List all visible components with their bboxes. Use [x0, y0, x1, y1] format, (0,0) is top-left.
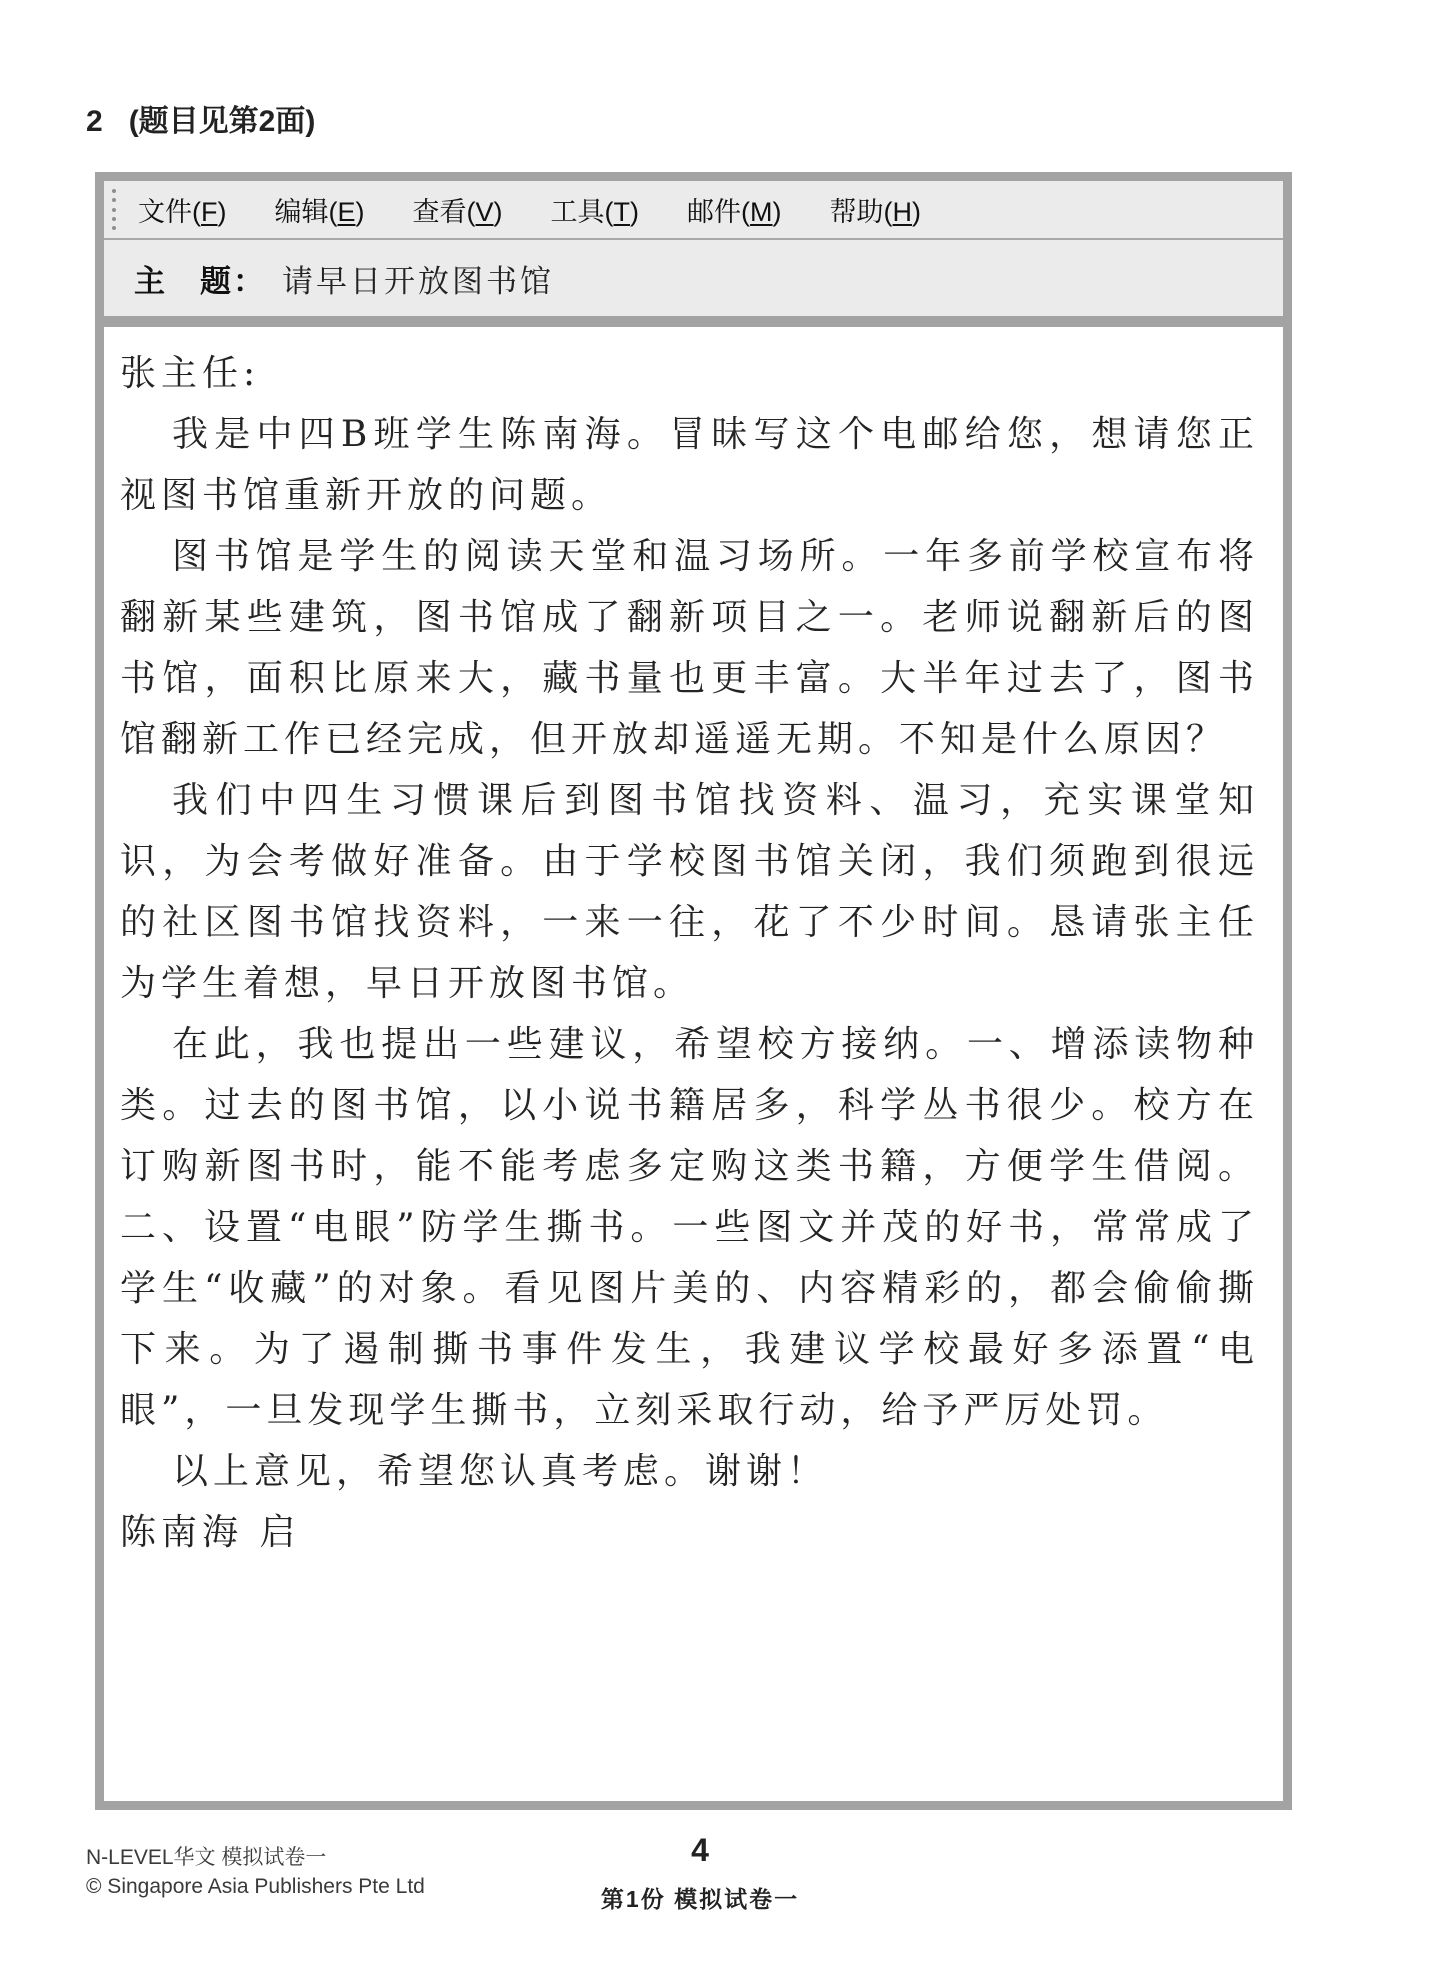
question-number: 2	[86, 105, 103, 139]
menu-item-edit[interactable]: 编辑(E)	[275, 190, 365, 229]
page-number: 4	[601, 1832, 799, 1869]
page-header: 2 (题目见第2面)	[86, 96, 315, 140]
menu-bar: 文件(F)编辑(E)查看(V)工具(T)邮件(M)帮助(H)	[104, 181, 1283, 240]
letter-salutation: 张主任:	[120, 343, 1259, 404]
subject-label: 主 题：	[134, 256, 266, 301]
subject-bar: 主 题： 请早日开放图书馆	[104, 240, 1283, 327]
footer-section: 第1份 模拟试卷一	[601, 1881, 799, 1914]
footer-series: N-LEVEL华文 模拟试卷一	[86, 1843, 425, 1872]
menu-item-view[interactable]: 查看(V)	[413, 190, 503, 229]
exam-page: 2 (题目见第2面) 文件(F)编辑(E)查看(V)工具(T)邮件(M)帮助(H…	[0, 0, 1445, 1968]
letter-paragraph: 我们中四生习惯课后到图书馆找资料、温习，充实课堂知识，为会考做好准备。由于学校图…	[120, 770, 1259, 1014]
menu-item-help[interactable]: 帮助(H)	[830, 190, 922, 229]
footer-copyright: © Singapore Asia Publishers Pte Ltd	[86, 1872, 425, 1901]
footer-publisher: N-LEVEL华文 模拟试卷一 © Singapore Asia Publish…	[86, 1843, 425, 1901]
menu-item-mail[interactable]: 邮件(M)	[687, 190, 782, 229]
email-window: 文件(F)编辑(E)查看(V)工具(T)邮件(M)帮助(H) 主 题： 请早日开…	[95, 172, 1292, 1810]
question-note: (题目见第2面)	[129, 96, 316, 140]
letter-signature: 陈南海 启	[120, 1502, 1259, 1563]
footer-center: 4 第1份 模拟试卷一	[601, 1832, 799, 1914]
menu-drag-handle[interactable]	[111, 189, 117, 230]
letter-paragraph: 图书馆是学生的阅读天堂和温习场所。一年多前学校宣布将翻新某些建筑，图书馆成了翻新…	[120, 526, 1259, 770]
letter-paragraph: 以上意见，希望您认真考虑。谢谢！	[120, 1441, 1259, 1502]
menu-item-tools[interactable]: 工具(T)	[551, 190, 640, 229]
letter-body: 张主任: 我是中四B班学生陈南海。冒昧写这个电邮给您，想请您正视图书馆重新开放的…	[104, 327, 1283, 1563]
letter-paragraph: 我是中四B班学生陈南海。冒昧写这个电邮给您，想请您正视图书馆重新开放的问题。	[120, 404, 1259, 526]
letter-paragraph: 在此，我也提出一些建议，希望校方接纳。一、增添读物种类。过去的图书馆，以小说书籍…	[120, 1014, 1259, 1441]
menu-item-file[interactable]: 文件(F)	[138, 190, 227, 229]
subject-value: 请早日开放图书馆	[282, 256, 554, 301]
